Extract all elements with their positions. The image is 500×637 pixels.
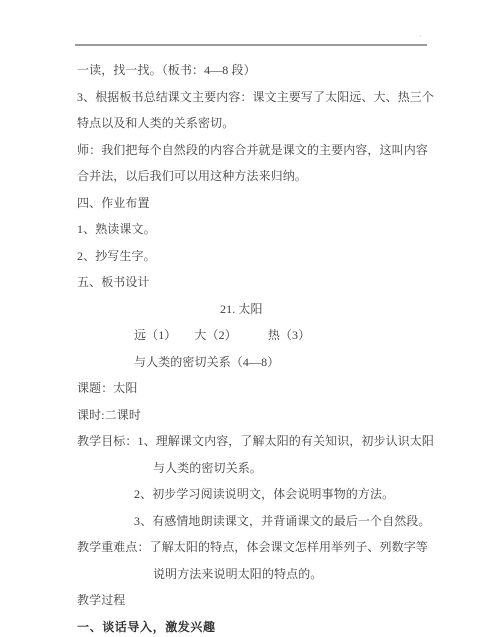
doc-line: 师：我们把每个自然段的内容合并就是课文的主要内容，这叫内容 xyxy=(0,137,500,164)
doc-line: 教学目标：1、理解课文内容，了解太阳的有关知识，初步认识太阳 xyxy=(0,428,500,455)
doc-line: 与人类的密切关系。 xyxy=(0,455,500,482)
doc-line: 说明方法来说明太阳的特点的。 xyxy=(0,561,500,588)
doc-line: 课题：太阳 xyxy=(0,375,500,402)
doc-line: 一、谈话导入，激发兴趣 xyxy=(0,614,500,637)
board-item: 大（2） xyxy=(194,322,236,349)
doc-line: 3、根据板书总结课文主要内容：课文主要写了太阳远、大、热三个 xyxy=(0,84,500,111)
doc-line: 五、板书设计 xyxy=(0,269,500,296)
doc-line: 3、有感情地朗读课文，并背诵课文的最后一个自然段。 xyxy=(0,508,500,535)
board-item: 远（1） xyxy=(134,322,176,349)
doc-line: 与人类的密切关系（4—8） xyxy=(0,349,500,376)
doc-line: 合并法，以后我们可以用这种方法来归纳。 xyxy=(0,163,500,190)
board-design-row: 远（1）大（2）热（3） xyxy=(0,322,500,349)
doc-line: 2、初步学习阅读说明文，体会说明事物的方法。 xyxy=(0,481,500,508)
doc-line: 特点以及和人类的关系密切。 xyxy=(0,110,500,137)
document-body: 一读，找一找。（板书：4—8 段）3、根据板书总结课文主要内容：课文主要写了太阳… xyxy=(0,57,500,637)
doc-line: 教学重难点：了解太阳的特点，体会课文怎样用举列子、列数字等 xyxy=(0,534,500,561)
doc-line: 21. 太阳 xyxy=(0,296,500,323)
doc-line: 1、熟读课文。 xyxy=(0,216,500,243)
doc-line: 教学过程 xyxy=(0,587,500,614)
stray-mark: · xyxy=(419,34,424,39)
board-item: 热（3） xyxy=(268,322,310,349)
doc-line: 课时:二课时 xyxy=(0,402,500,429)
horizontal-rule xyxy=(75,44,427,46)
doc-line: 四、作业布置 xyxy=(0,190,500,217)
doc-line: 一读，找一找。（板书：4—8 段） xyxy=(0,57,500,84)
document-page: · 一读，找一找。（板书：4—8 段）3、根据板书总结课文主要内容：课文主要写了… xyxy=(0,0,500,637)
doc-line: 2、抄写生字。 xyxy=(0,243,500,270)
